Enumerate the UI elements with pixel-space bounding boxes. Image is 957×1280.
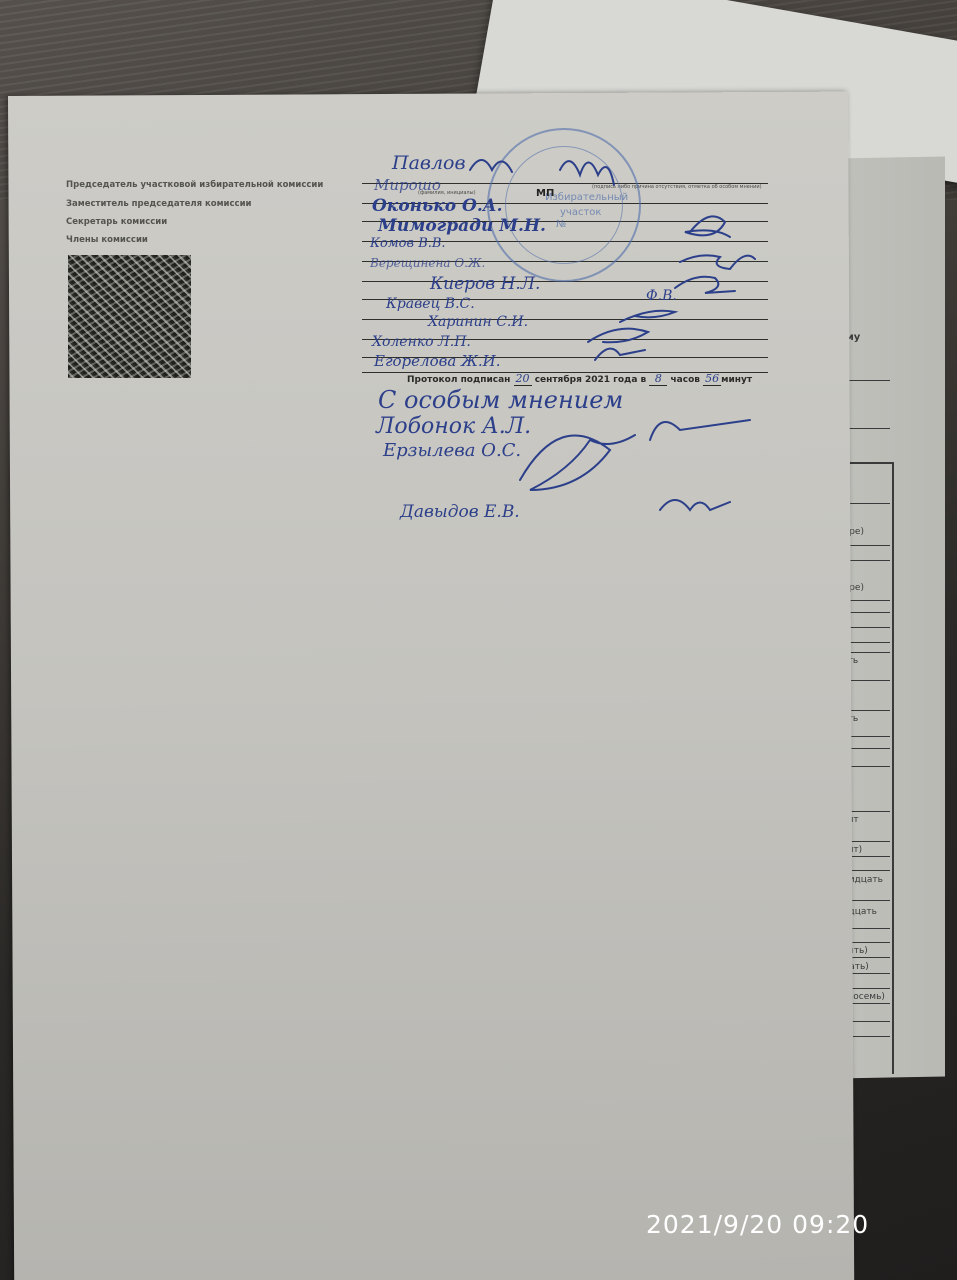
signature-name: Комов В.В. bbox=[370, 236, 446, 251]
protocol-minutes-label: минут bbox=[721, 375, 752, 385]
dissent-name: Лобонок А.Л. bbox=[376, 414, 531, 439]
signature-name: Киеров Н.Л. bbox=[430, 274, 540, 294]
seal-label: МП bbox=[536, 188, 554, 199]
signature-name: Холенко Л.П. bbox=[372, 334, 471, 350]
commission-seal bbox=[487, 128, 641, 282]
dissent-name: Ерзылева О.С. bbox=[383, 440, 521, 461]
protocol-signed-line: Протокол подписан 20 сентября 2021 года … bbox=[407, 372, 752, 386]
role-chairman: Председатель участковой избирательной ко… bbox=[66, 180, 323, 190]
signature-name: Павлов bbox=[392, 152, 466, 174]
role-deputy-chairman: Заместитель председателя комиссии bbox=[66, 199, 252, 209]
stamp-text: участок bbox=[560, 207, 601, 218]
protocol-prefix: Протокол подписан bbox=[407, 375, 510, 385]
signature-name: Оконько О.А. bbox=[372, 196, 503, 216]
qr-code bbox=[68, 255, 191, 378]
stamp-text: Избирательный bbox=[545, 192, 628, 203]
protocol-month-year: сентября 2021 года в bbox=[535, 375, 647, 385]
signature-name: Кравец В.С. bbox=[386, 296, 475, 312]
stamp-text: № bbox=[556, 219, 566, 230]
protocol-hours-label: часов bbox=[671, 375, 700, 385]
role-secretary: Секретарь комиссии bbox=[66, 217, 167, 227]
protocol-day: 20 bbox=[514, 372, 532, 386]
signature-name: Мирошо bbox=[374, 176, 441, 194]
protocol-minutes: 56 bbox=[703, 372, 721, 386]
signature-mark: Ф.В. bbox=[646, 288, 677, 304]
signature-name: Харинин С.И. bbox=[428, 314, 528, 330]
signature-name: Мимогради М.Н. bbox=[378, 216, 546, 236]
dissent-name: Давыдов Е.В. bbox=[400, 502, 520, 522]
signature-rule bbox=[362, 319, 768, 320]
photo-timestamp: 2021/9/20 09:20 bbox=[646, 1210, 869, 1239]
role-members: Члены комиссии bbox=[66, 235, 148, 245]
signature-name: Верещинена О.Ж. bbox=[370, 256, 485, 270]
back-fragment: восемь) bbox=[848, 992, 885, 1002]
dissent-heading: С особым мнением bbox=[378, 386, 623, 414]
protocol-hours: 8 bbox=[649, 372, 667, 386]
signature-name: Егорелова Ж.И. bbox=[374, 352, 501, 370]
